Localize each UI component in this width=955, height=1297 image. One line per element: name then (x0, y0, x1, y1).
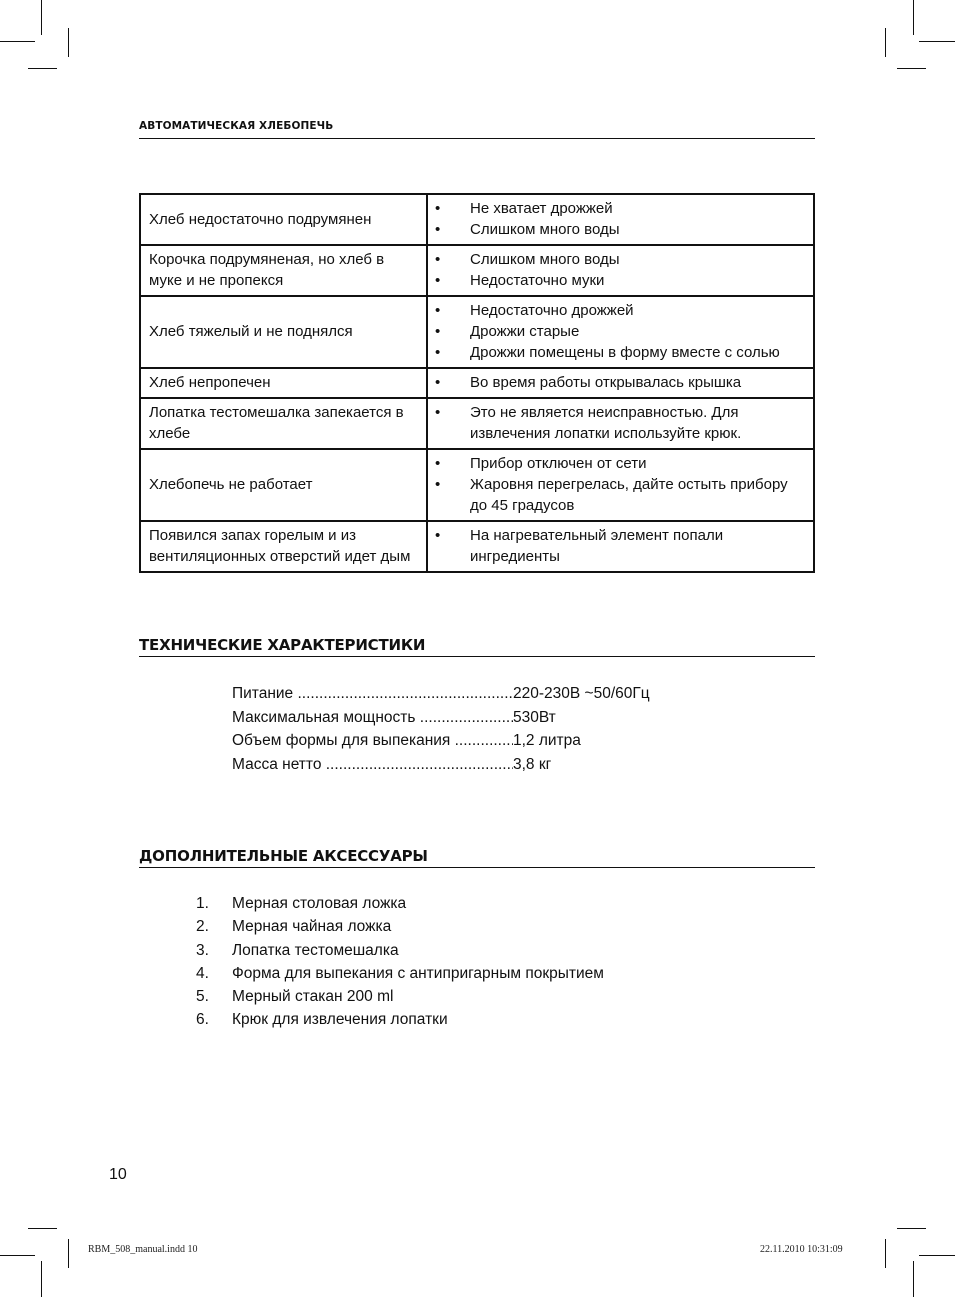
causes-cell: •Прибор отключен от сети•Жаровня перегре… (427, 449, 814, 521)
cause-item: •Слишком много воды (432, 249, 805, 270)
cause-item: •На нагревательный элемент попали ингред… (432, 525, 805, 567)
list-item: 2.Мерная чайная ложка (196, 915, 604, 938)
crop-mark (68, 1239, 69, 1268)
page-number: 10 (109, 1166, 127, 1184)
cause-text: Это не является неисправностью. Для извл… (470, 402, 805, 444)
problem-cell: Корочка подрумяненая, но хлеб в муке и н… (140, 245, 427, 296)
table-row: Хлеб непропечен•Во время работы открывал… (140, 368, 814, 398)
list-text: Мерный стакан 200 ml (232, 985, 393, 1008)
spec-label: Питание ................................… (232, 682, 513, 706)
causes-cell: •Недостаточно дрожжей•Дрожжи старые•Дрож… (427, 296, 814, 368)
cause-text: Дрожжи помещены в форму вместе с солью (470, 342, 805, 363)
crop-mark (897, 68, 926, 69)
cause-text: Слишком много воды (470, 219, 805, 240)
slug-file: RBM_508_manual.indd 10 (88, 1244, 197, 1255)
crop-mark (41, 1261, 42, 1297)
cause-item: •Это не является неисправностью. Для изв… (432, 402, 805, 444)
causes-cell: •Не хватает дрожжей•Слишком много воды (427, 194, 814, 245)
causes-cell: •Это не является неисправностью. Для изв… (427, 398, 814, 449)
cause-text: Не хватает дрожжей (470, 198, 805, 219)
crop-mark (885, 1239, 886, 1268)
table-row: Лопатка тестомешалка запекается в хлебе•… (140, 398, 814, 449)
crop-mark (897, 1228, 926, 1229)
problem-cell: Лопатка тестомешалка запекается в хлебе (140, 398, 427, 449)
cause-item: •Недостаточно муки (432, 270, 805, 291)
spec-value: 1,2 литра (513, 729, 581, 753)
troubleshooting-table: Хлеб недостаточно подрумянен•Не хватает … (139, 193, 815, 573)
bullet-icon: • (432, 270, 470, 291)
crop-mark (68, 28, 69, 57)
accessories-title: ДОПОЛНИТЕЛЬНЫЕ АКСЕССУАРЫ (139, 847, 815, 868)
problem-cell: Появился запах горелым и из вентиляционн… (140, 521, 427, 572)
bullet-icon: • (432, 249, 470, 270)
list-text: Лопатка тестомешалка (232, 939, 399, 962)
list-text: Форма для выпекания с антипригарным покр… (232, 962, 604, 985)
bullet-icon: • (432, 372, 470, 393)
cause-item: •Прибор отключен от сети (432, 453, 805, 474)
bullet-icon: • (432, 474, 470, 516)
crop-mark (28, 1228, 57, 1229)
crop-mark (913, 0, 914, 35)
crop-mark (919, 1255, 955, 1256)
list-item: 5.Мерный стакан 200 ml (196, 985, 604, 1008)
spec-label: Максимальная мощность ..................… (232, 706, 513, 730)
bullet-icon: • (432, 321, 470, 342)
list-item: 3.Лопатка тестомешалка (196, 939, 604, 962)
spec-row: Объем формы для выпекания ..............… (232, 729, 650, 753)
list-text: Мерная столовая ложка (232, 892, 406, 915)
list-item: 1.Мерная столовая ложка (196, 892, 604, 915)
spec-value: 220-230В ~50/60Гц (513, 682, 650, 706)
cause-item: •Жаровня перегрелась, дайте остыть прибо… (432, 474, 805, 516)
causes-cell: •Слишком много воды•Недостаточно муки (427, 245, 814, 296)
bullet-icon: • (432, 402, 470, 444)
table-row: Появился запах горелым и из вентиляционн… (140, 521, 814, 572)
cause-text: Дрожжи старые (470, 321, 805, 342)
table-row: Хлеб недостаточно подрумянен•Не хватает … (140, 194, 814, 245)
cause-text: Жаровня перегрелась, дайте остыть прибор… (470, 474, 805, 516)
table-row: Хлеб тяжелый и не поднялся•Недостаточно … (140, 296, 814, 368)
cause-item: •Во время работы открывалась крышка (432, 372, 805, 393)
spec-value: 530Вт (513, 706, 556, 730)
cause-text: Слишком много воды (470, 249, 805, 270)
list-number: 4. (196, 962, 232, 985)
spec-row: Максимальная мощность ..................… (232, 706, 650, 730)
problem-cell: Хлеб недостаточно подрумянен (140, 194, 427, 245)
crop-mark (41, 0, 42, 35)
cause-text: Прибор отключен от сети (470, 453, 805, 474)
crop-mark (913, 1261, 914, 1297)
spec-label: Масса нетто ............................… (232, 753, 513, 777)
cause-item: •Дрожжи старые (432, 321, 805, 342)
cause-item: •Не хватает дрожжей (432, 198, 805, 219)
list-number: 6. (196, 1008, 232, 1031)
cause-text: Во время работы открывалась крышка (470, 372, 805, 393)
crop-mark (0, 41, 35, 42)
problem-cell: Хлеб непропечен (140, 368, 427, 398)
crop-mark (0, 1255, 35, 1256)
table-row: Корочка подрумяненая, но хлеб в муке и н… (140, 245, 814, 296)
bullet-icon: • (432, 342, 470, 363)
crop-mark (885, 28, 886, 57)
crop-mark (919, 41, 955, 42)
bullet-icon: • (432, 453, 470, 474)
list-number: 5. (196, 985, 232, 1008)
spec-value: 3,8 кг (513, 753, 551, 777)
cause-text: На нагревательный элемент попали ингреди… (470, 525, 805, 567)
cause-text: Недостаточно дрожжей (470, 300, 805, 321)
specs-title: ТЕХНИЧЕСКИЕ ХАРАКТЕРИСТИКИ (139, 636, 815, 657)
bullet-icon: • (432, 198, 470, 219)
problem-cell: Хлеб тяжелый и не поднялся (140, 296, 427, 368)
list-number: 3. (196, 939, 232, 962)
list-text: Крюк для извлечения лопатки (232, 1008, 448, 1031)
running-header: АВТОМАТИЧЕСКАЯ ХЛЕБОПЕЧЬ (139, 120, 815, 139)
list-text: Мерная чайная ложка (232, 915, 391, 938)
table-row: Хлебопечь не работает•Прибор отключен от… (140, 449, 814, 521)
list-item: 4.Форма для выпекания с антипригарным по… (196, 962, 604, 985)
cause-item: •Недостаточно дрожжей (432, 300, 805, 321)
bullet-icon: • (432, 525, 470, 567)
slug-timestamp: 22.11.2010 10:31:09 (760, 1244, 843, 1255)
spec-row: Питание ................................… (232, 682, 650, 706)
list-number: 2. (196, 915, 232, 938)
spec-label: Объем формы для выпекания ..............… (232, 729, 513, 753)
list-item: 6.Крюк для извлечения лопатки (196, 1008, 604, 1031)
accessories-list: 1.Мерная столовая ложка2.Мерная чайная л… (196, 892, 604, 1032)
spec-row: Масса нетто ............................… (232, 753, 650, 777)
causes-cell: •На нагревательный элемент попали ингред… (427, 521, 814, 572)
specs-list: Питание ................................… (232, 682, 650, 776)
causes-cell: •Во время работы открывалась крышка (427, 368, 814, 398)
bullet-icon: • (432, 219, 470, 240)
cause-text: Недостаточно муки (470, 270, 805, 291)
cause-item: •Слишком много воды (432, 219, 805, 240)
crop-mark (28, 68, 57, 69)
problem-cell: Хлебопечь не работает (140, 449, 427, 521)
list-number: 1. (196, 892, 232, 915)
cause-item: •Дрожжи помещены в форму вместе с солью (432, 342, 805, 363)
bullet-icon: • (432, 300, 470, 321)
